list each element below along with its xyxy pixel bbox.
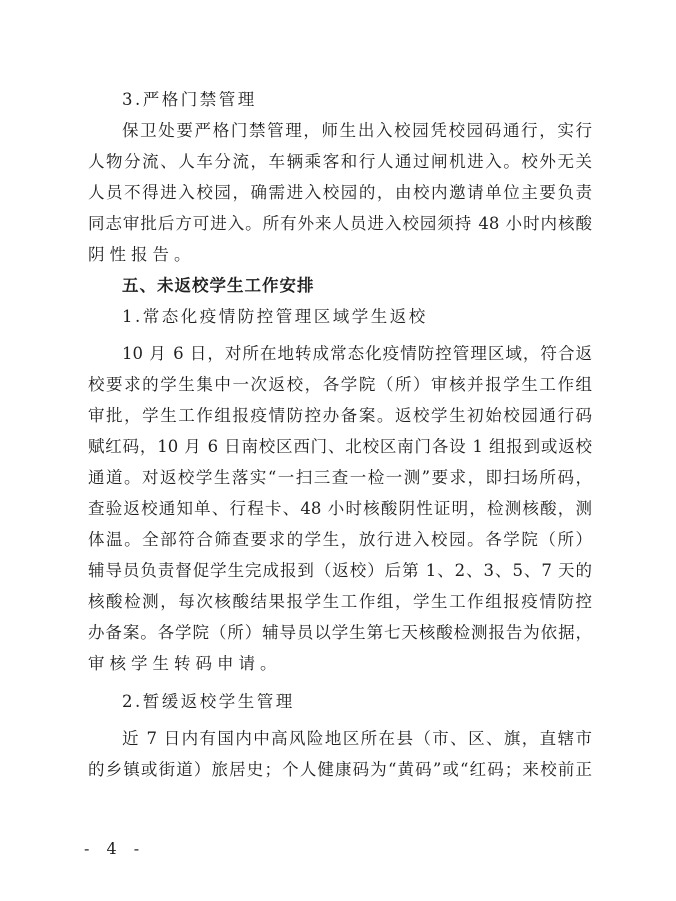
paragraph-line: 校要求的学生集中一次返校，各学院（所）审核并报学生工作组 — [88, 373, 592, 397]
subheading-deferred-return-management: 2.暂缓返校学生管理 — [122, 690, 592, 714]
subheading-strict-gate-management: 3.严格门禁管理 — [122, 88, 592, 112]
paragraph-line: 赋红码，10 月 6 日南校区西门、北校区南门各设 1 组报到或返校 — [88, 435, 592, 459]
paragraph-line: 人员不得进入校园，确需进入校园的，由校内邀请单位主要负责 — [88, 181, 592, 205]
paragraph-line: 保卫处要严格门禁管理，师生出入校园凭校园码通行，实行 — [122, 119, 592, 143]
paragraph-line: 通道。对返校学生落实“一扫三查一检一测”要求，即扫场所码， — [88, 466, 592, 490]
paragraph-line: 的乡镇或街道）旅居史；个人健康码为“黄码”或“红码；来校前正 — [88, 758, 592, 782]
page-number: - 4 - — [84, 839, 145, 859]
document-page: 3.严格门禁管理 保卫处要严格门禁管理，师生出入校园凭校园码通行，实行 人物分流… — [0, 0, 676, 901]
subheading-normalized-zone-return: 1.常态化疫情防控管理区域学生返校 — [122, 305, 592, 329]
paragraph-line: 查验返校通知单、行程卡、48 小时核酸阴性证明，检测核酸，测 — [88, 497, 592, 521]
paragraph-line: 核酸检测，每次核酸结果报学生工作组，学生工作组报疫情防控 — [88, 590, 592, 614]
paragraph-line: 审核学生转码申请。 — [88, 652, 592, 676]
paragraph-line: 人物分流、人车分流，车辆乘客和行人通过闸机进入。校外无关 — [88, 150, 592, 174]
paragraph-line: 同志审批后方可进入。所有外来人员进入校园须持 48 小时内核酸 — [88, 212, 592, 236]
paragraph-line: 近 7 日内有国内中高风险地区所在县（市、区、旗，直辖市 — [122, 727, 592, 751]
paragraph-line: 阴性报告。 — [88, 243, 592, 267]
paragraph-line: 审批，学生工作组报疫情防控办备案。返校学生初始校园通行码 — [88, 404, 592, 428]
paragraph-line: 体温。全部符合筛查要求的学生，放行进入校园。各学院（所） — [88, 528, 592, 552]
paragraph-line: 辅导员负责督促学生完成报到（返校）后第 1、2、3、5、7 天的 — [88, 559, 592, 583]
section-heading-unreturned-students: 五、未返校学生工作安排 — [122, 274, 592, 298]
paragraph-line: 办备案。各学院（所）辅导员以学生第七天核酸检测报告为依据， — [88, 621, 592, 645]
paragraph-line: 10 月 6 日，对所在地转成常态化疫情防控管理区域，符合返 — [122, 342, 592, 366]
